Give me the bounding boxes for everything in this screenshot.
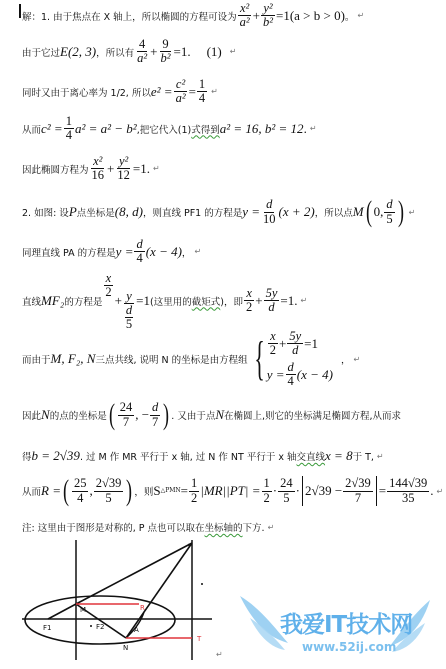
fraction: 14 bbox=[197, 78, 207, 105]
fraction: y²12 bbox=[115, 155, 132, 182]
fraction: x2 bbox=[103, 272, 113, 299]
den: a² bbox=[135, 52, 149, 65]
num: d bbox=[264, 198, 274, 212]
text: . 又由于点 bbox=[171, 408, 215, 422]
svg-text:F1: F1 bbox=[43, 624, 51, 632]
fraction: d5 bbox=[384, 198, 394, 225]
num: x bbox=[244, 287, 254, 301]
paragraph-mark: ↵ bbox=[230, 47, 237, 56]
fraction: d4 bbox=[134, 238, 144, 265]
fraction: x²16 bbox=[90, 155, 107, 182]
sep: , − bbox=[135, 407, 149, 423]
expr: (x + 2) bbox=[279, 204, 315, 220]
den: b² bbox=[158, 52, 172, 65]
fraction: 5yd bbox=[287, 330, 303, 357]
note-line: 注: 这里由于图形是对称的, P 点也可以取在 坐标轴的 下方. ↵ bbox=[22, 520, 274, 534]
text: 的方程是 bbox=[64, 294, 102, 308]
text: 因此 bbox=[22, 408, 41, 422]
text: ,把它代入(1) bbox=[137, 122, 191, 136]
fraction: c²a² bbox=[174, 78, 188, 105]
expr: a² = a² − b² bbox=[75, 121, 137, 137]
den: 5 bbox=[384, 213, 394, 226]
spellcheck-text: 截矩式 bbox=[192, 294, 221, 308]
fraction: 144√3935 bbox=[387, 477, 429, 504]
paragraph-mark: ↵ bbox=[268, 523, 275, 532]
svg-text:A: A bbox=[134, 626, 139, 634]
den: d bbox=[266, 301, 276, 314]
fraction: 2√395 bbox=[94, 477, 124, 504]
line-2-1: 2. 如图: 设 P 点坐标是 (8, d) ，则直线 PF1 的方程是 y =… bbox=[22, 197, 415, 227]
paragraph-mark: ↵ bbox=[153, 164, 160, 173]
den: 12 bbox=[115, 169, 132, 182]
fraction: 12 bbox=[189, 477, 199, 504]
text: . 过 M 作 MR 平行于 x 轴, 过 N 作 NT 平行于 x 轴 bbox=[80, 449, 297, 463]
num: x bbox=[104, 272, 114, 286]
line-1-2: 由于它过 E(2, 3) ，所以有 4a² + 9b² =1. (1) ↵ bbox=[22, 38, 236, 65]
rhs: =1. bbox=[133, 161, 150, 177]
result: a² = 16, b² = 12 bbox=[220, 121, 304, 137]
op: · bbox=[273, 483, 277, 499]
coord: (8, d) bbox=[115, 204, 143, 220]
paragraph-mark: ↵ bbox=[216, 650, 223, 659]
rhs: =1(a > b > 0) bbox=[276, 8, 345, 24]
text: ，所以点 bbox=[315, 205, 353, 219]
fraction: 247 bbox=[118, 401, 135, 428]
text: 注: 这里由于图形是对称的, P 点也可以取在 bbox=[22, 520, 205, 534]
fraction: d4 bbox=[286, 361, 296, 388]
num: y² bbox=[117, 155, 130, 169]
vars: M, F₂, N bbox=[51, 351, 96, 367]
text: 下方. bbox=[243, 520, 265, 534]
text: 。 bbox=[345, 9, 355, 23]
fraction: 254 bbox=[72, 477, 89, 504]
paragraph-mark: ↵ bbox=[211, 87, 218, 96]
text: )，即 bbox=[220, 294, 243, 308]
point-e: E(2, 3) bbox=[60, 44, 96, 60]
text: 从而 bbox=[22, 484, 41, 498]
den: 4 bbox=[64, 129, 74, 142]
compound-fraction: yd5 bbox=[123, 290, 135, 331]
den: a² bbox=[238, 16, 252, 29]
den: 2 bbox=[268, 344, 278, 357]
num: d bbox=[134, 238, 144, 252]
num: y bbox=[124, 290, 134, 304]
den: 7 bbox=[121, 416, 131, 429]
num: 1 bbox=[64, 115, 74, 129]
den-num: d bbox=[125, 304, 133, 318]
text: 同时又由于离心率为 1/2, 所以 bbox=[22, 85, 151, 99]
paragraph-mark: ↵ bbox=[377, 452, 384, 461]
lhs: R = bbox=[41, 483, 61, 499]
text: ，则直线 PF1 的方程是 bbox=[143, 205, 242, 219]
text: 在椭圆上,则它的坐标满足椭圆方程,从而求 bbox=[224, 408, 401, 422]
expr: b = 2√39 bbox=[32, 448, 80, 464]
equation-label: (1) bbox=[207, 44, 222, 60]
text: . bbox=[304, 121, 307, 137]
den: 4 bbox=[197, 92, 207, 105]
svg-text:P: P bbox=[188, 543, 192, 550]
den: 2 bbox=[262, 492, 272, 505]
text: 于 T, bbox=[353, 449, 374, 463]
num: x² bbox=[238, 2, 251, 16]
var: N bbox=[41, 407, 50, 423]
den: 35 bbox=[400, 492, 417, 505]
num: 24 bbox=[278, 477, 295, 491]
line-2-7: 从而 R = ( 254 , 2√395 ) ，则 S△PMN = 12 |MR… bbox=[22, 476, 443, 506]
den: 7 bbox=[353, 492, 363, 505]
line-2-2: 同理直线 PA 的方程是 y = d4 (x − 4) ， ↵ bbox=[22, 238, 201, 265]
text: 从而 bbox=[22, 122, 41, 136]
rhs: =1 bbox=[304, 336, 318, 352]
text: 三点共线, 说明 N 的坐标是由方程组 bbox=[95, 352, 247, 366]
rhs: =1. bbox=[173, 44, 190, 60]
den: 4 bbox=[75, 492, 85, 505]
line-1-4: 从而 c² = 14 a² = a² − b² ,把它代入(1) 式得到 a² … bbox=[22, 115, 317, 142]
num: 2√39 bbox=[94, 477, 124, 491]
fraction: x2 bbox=[244, 287, 254, 314]
num: 5y bbox=[264, 287, 280, 301]
rhs: =1. bbox=[280, 293, 297, 309]
den: 7 bbox=[150, 416, 160, 429]
line-2-3: 直线 MF₂ 的方程是 x2 + yd5 =1 (这里用的 截矩式 )，即 x2… bbox=[22, 270, 307, 331]
den: 4 bbox=[286, 375, 296, 388]
num: x bbox=[268, 330, 278, 344]
expr: (x − 4) bbox=[146, 244, 182, 260]
num: x² bbox=[91, 155, 104, 169]
paragraph-mark: ↵ bbox=[194, 247, 201, 256]
svg-text:N: N bbox=[123, 644, 128, 652]
paragraph-mark: ↵ bbox=[437, 487, 444, 496]
op: = bbox=[189, 84, 196, 100]
text: (这里用的 bbox=[150, 294, 192, 308]
op: + bbox=[253, 8, 260, 24]
paragraph-mark: ↵ bbox=[409, 208, 416, 217]
num: 1 bbox=[262, 477, 272, 491]
op: = bbox=[181, 483, 188, 499]
text: ， bbox=[182, 245, 192, 259]
var: M bbox=[353, 204, 364, 220]
rhs: =1 bbox=[136, 293, 150, 309]
fraction: 12 bbox=[262, 477, 272, 504]
fraction: d10 bbox=[261, 198, 278, 225]
fraction: x2 bbox=[268, 330, 278, 357]
op: = bbox=[379, 483, 386, 499]
text: 同理直线 PA 的方程是 bbox=[22, 245, 116, 259]
num: 5y bbox=[287, 330, 303, 344]
num: d bbox=[384, 198, 394, 212]
fraction: 5yd bbox=[264, 287, 280, 314]
lhs: e² = bbox=[151, 84, 173, 100]
den: 2 bbox=[189, 492, 199, 505]
lhs: y = bbox=[242, 204, 260, 220]
svg-text:F2: F2 bbox=[96, 623, 104, 631]
site-watermark: 我爱IT技术网 www.52ij.com bbox=[230, 588, 440, 668]
var: N bbox=[215, 407, 224, 423]
text: 的点的坐标是 bbox=[50, 408, 107, 422]
num: d bbox=[286, 361, 296, 375]
text: 因此椭圆方程为 bbox=[22, 162, 89, 176]
spellcheck-text: 交直线 bbox=[297, 449, 326, 463]
svg-text:T: T bbox=[196, 635, 202, 643]
line-2-5: 因此 N 的点的坐标是 ( 247 , − d7 ) . 又由于点 N 在椭圆上… bbox=[22, 400, 401, 430]
text: 解：1. 由于焦点在 X 轴上，所以椭圆的方程可设为 bbox=[22, 9, 237, 23]
spellcheck-text: 坐标轴的 bbox=[205, 520, 243, 534]
fraction: 9b² bbox=[158, 38, 172, 65]
expr: |MR||PT| = bbox=[200, 483, 260, 499]
fraction: 14 bbox=[64, 115, 74, 142]
text: ，所以有 bbox=[96, 45, 134, 59]
den: 2 bbox=[244, 301, 254, 314]
text: 由于它过 bbox=[22, 45, 60, 59]
line-1-5: 因此椭圆方程为 x²16 + y²12 =1. ↵ bbox=[22, 155, 160, 182]
expr: 2√39 − bbox=[305, 483, 342, 499]
text: 直线 bbox=[22, 294, 41, 308]
lhs: y = bbox=[116, 244, 134, 260]
area-symbol: S bbox=[153, 483, 160, 499]
lhs: c² = bbox=[41, 121, 63, 137]
geometry-figure: P F1 M F2 R A N T bbox=[22, 540, 217, 660]
num: y² bbox=[261, 2, 274, 16]
fraction: 4a² bbox=[135, 38, 149, 65]
var: P bbox=[69, 204, 77, 220]
den: 10 bbox=[261, 213, 278, 226]
text: 得 bbox=[22, 449, 32, 463]
expr: x = 8 bbox=[325, 448, 353, 464]
text-cursor bbox=[19, 4, 21, 18]
fraction: 2√397 bbox=[343, 477, 373, 504]
svg-text:M: M bbox=[80, 606, 86, 614]
text: 点坐标是 bbox=[77, 205, 115, 219]
paragraph-mark: ↵ bbox=[310, 124, 317, 133]
text: 而由于 bbox=[22, 352, 51, 366]
num: c² bbox=[174, 78, 187, 92]
line-1-3: 同时又由于离心率为 1/2, 所以 e² = c²a² = 14 ↵ bbox=[22, 78, 218, 105]
num: 24 bbox=[118, 401, 135, 415]
text: . bbox=[430, 483, 433, 499]
fraction: y²b² bbox=[261, 2, 275, 29]
den: 4 bbox=[134, 252, 144, 265]
num: 144√39 bbox=[387, 477, 429, 491]
text: ， bbox=[341, 352, 351, 366]
den: b² bbox=[261, 16, 275, 29]
num: 1 bbox=[189, 477, 199, 491]
den: 5 bbox=[103, 492, 113, 505]
var: MF₂ bbox=[41, 293, 64, 309]
den: 5 bbox=[281, 492, 291, 505]
num: 4 bbox=[137, 38, 147, 52]
watermark-text: 我爱IT技术网 bbox=[280, 606, 412, 639]
fraction: 245 bbox=[278, 477, 295, 504]
fraction: d7 bbox=[150, 401, 160, 428]
svg-text:R: R bbox=[140, 604, 145, 612]
num: 9 bbox=[160, 38, 170, 52]
num: d bbox=[150, 401, 160, 415]
line-1-1: 解：1. 由于焦点在 X 轴上，所以椭圆的方程可设为 x²a² + y²b² =… bbox=[22, 2, 364, 29]
paragraph-mark: ↵ bbox=[357, 11, 364, 20]
den: a² bbox=[174, 92, 188, 105]
text: ，则 bbox=[134, 484, 153, 498]
equation-system: x2 + 5yd =1 y = d4 (x − 4) bbox=[267, 330, 333, 389]
ellipse-diagram: P F1 M F2 R A N T bbox=[22, 540, 217, 660]
num: 2√39 bbox=[343, 477, 373, 491]
num: 25 bbox=[72, 477, 89, 491]
num: 1 bbox=[197, 78, 207, 92]
line-2-4: 而由于 M, F₂, N 三点共线, 说明 N 的坐标是由方程组 { x2 + … bbox=[22, 330, 360, 389]
paragraph-mark: ↵ bbox=[300, 296, 307, 305]
coord: 0, bbox=[374, 204, 384, 220]
lhs: y = bbox=[267, 367, 285, 383]
paragraph-mark: ↵ bbox=[353, 355, 360, 364]
expr: (x − 4) bbox=[297, 367, 333, 383]
den: 2 bbox=[103, 286, 113, 299]
spellcheck-text: 式得到 bbox=[191, 122, 220, 136]
text: 2. 如图: 设 bbox=[22, 205, 69, 219]
line-2-6: 得 b = 2√39 . 过 M 作 MR 平行于 x 轴, 过 N 作 NT … bbox=[22, 448, 384, 464]
den: d bbox=[290, 344, 300, 357]
fraction: x²a² bbox=[238, 2, 252, 29]
den: 16 bbox=[90, 169, 107, 182]
watermark-url: www.52ij.com bbox=[302, 640, 396, 654]
